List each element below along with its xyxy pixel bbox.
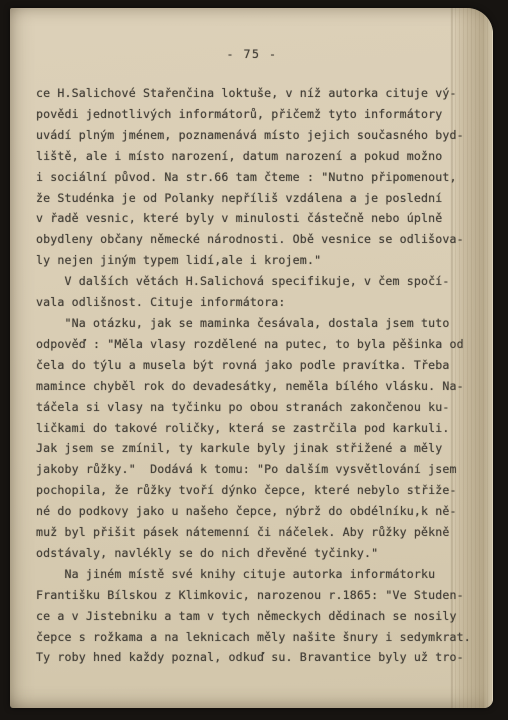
text-line: liště, ale i místo narození, datum naroz… <box>36 146 472 167</box>
page-text-body: ce H.Salichové Stařenčina loktuše, v níž… <box>36 83 472 668</box>
text-line: ce H.Salichové Stařenčina loktuše, v níž… <box>36 83 472 104</box>
text-line: ce a v Jistebniku a tam v tych německych… <box>36 606 472 627</box>
text-line: odpověď : "Měla vlasy rozdělené na putec… <box>36 334 472 355</box>
text-line: ličkami do takové roličky, která se zast… <box>36 418 472 439</box>
text-line: čepce s rožkama a na leknicach měly naši… <box>36 627 472 648</box>
text-line: mamince chyběl rok do devadesátky, neměl… <box>36 376 472 397</box>
text-line: povědi jednotlivých informátorů, přičemž… <box>36 104 472 125</box>
text-line: "Na otázku, jak se maminka česávala, dos… <box>36 313 472 334</box>
document-page: - 75 - ce H.Salichové Stařenčina loktuše… <box>10 8 493 708</box>
text-line: čela do týlu a musela být rovná jako pod… <box>36 355 472 376</box>
text-line: Jak jsem se zmínil, ty karkule byly jina… <box>36 438 472 459</box>
text-line: odstávaly, navlékly se do nich dřevěné t… <box>36 543 472 564</box>
text-line: i sociální původ. Na str.66 tam čteme : … <box>36 167 472 188</box>
text-line: že Studénka je od Polanky nepříliš vzdál… <box>36 188 472 209</box>
text-line: táčela si vlasy na tyčinku po obou stran… <box>36 397 472 418</box>
text-line: obydleny občany německé národnosti. Obě … <box>36 229 472 250</box>
text-line: né do podkovy jako u našeho čepce, nýbrž… <box>36 501 472 522</box>
text-line: jakoby růžky." Dodává k tomu: "Po dalším… <box>36 459 472 480</box>
text-line: Na jiném místě své knihy cituje autorka … <box>36 564 472 585</box>
text-line: pochopila, že růžky tvoří dýnko čepce, k… <box>36 480 472 501</box>
text-line: Ty roby hned každy poznal, odkuď su. Bra… <box>36 647 472 668</box>
text-line: vala odlišnost. Cituje informátora: <box>36 292 472 313</box>
text-line: v řadě vesnic, které byly v minulosti čá… <box>36 208 472 229</box>
text-line: uvádí plným jménem, poznamenává místo je… <box>36 125 472 146</box>
page-number: - 75 - <box>36 47 468 61</box>
text-line: ly nejen jiným typem lidí,ale i krojem." <box>36 250 472 271</box>
text-line: V dalších větách H.Salichová specifikuje… <box>36 271 472 292</box>
text-line: Františku Bílskou z Klimkovic, narozenou… <box>36 585 472 606</box>
text-line: muž byl přišit pásek nátemenní či náčele… <box>36 522 472 543</box>
